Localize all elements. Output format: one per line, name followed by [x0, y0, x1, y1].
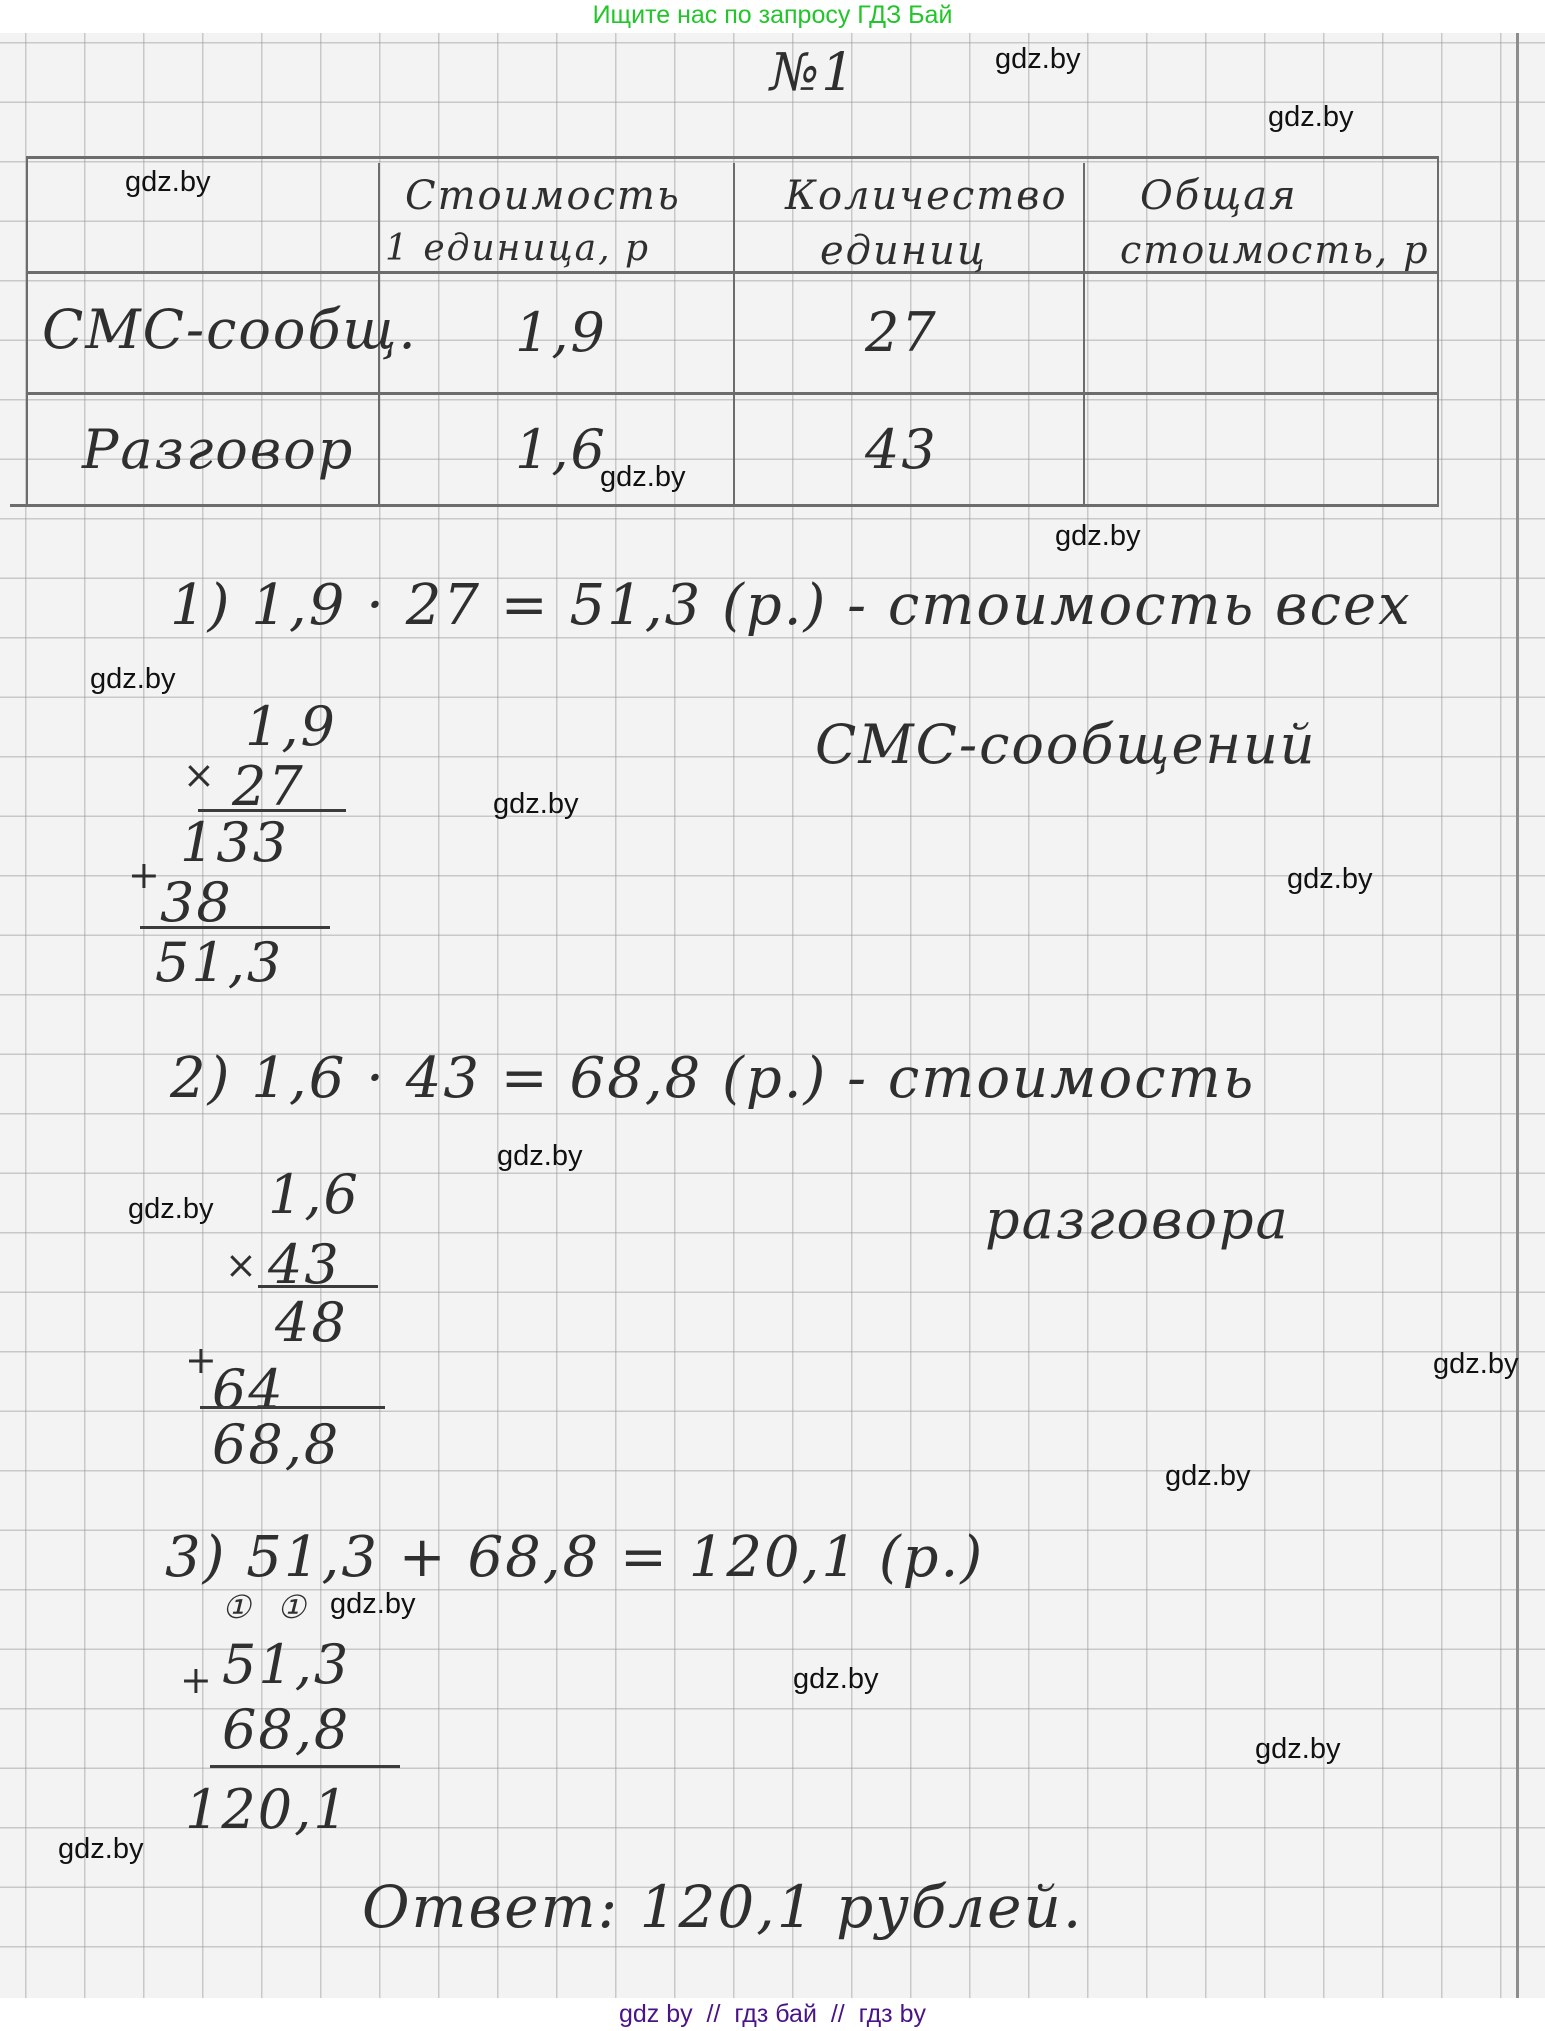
watermark: gdz.by: [1433, 1348, 1518, 1381]
watermark: gdz.by: [1287, 863, 1372, 896]
notebook-page: №1 Стоимость 1 единица, р Количество еди…: [0, 33, 1545, 1998]
watermark: gdz.by: [995, 43, 1080, 76]
watermark: gdz.by: [1165, 1460, 1250, 1493]
step-3-expression: 3) 51,3 + 68,8 = 120,1 (р.): [165, 1525, 984, 1590]
header-price-line1: Стоимость: [405, 173, 681, 219]
step-2-note: разговора: [985, 1188, 1290, 1251]
step-2-partial-2: 64: [212, 1358, 285, 1421]
watermark: gdz.by: [793, 1663, 878, 1696]
table-col-divider-2: [733, 163, 735, 507]
banner-text: Ищите нас по запросу ГДЗ Бай: [593, 1, 953, 29]
step-2-line-2: [200, 1406, 385, 1409]
step-1-note: СМС-сообщений: [815, 713, 1317, 776]
watermark: gdz.by: [1268, 101, 1353, 134]
search-banner: Ищите нас по запросу ГДЗ Бай: [0, 0, 1545, 33]
table-border-left: [26, 156, 28, 507]
table-border-right: [1437, 156, 1439, 507]
table-border-top: [26, 156, 1438, 159]
watermark: gdz.by: [125, 166, 210, 199]
watermark: gdz.by: [58, 1833, 143, 1866]
step-2-expression: 2) 1,6 · 43 = 68,8 (р.) - стоимость: [170, 1046, 1255, 1111]
task-title: №1: [770, 43, 856, 103]
row-sms-quantity: 27: [865, 301, 938, 364]
step-2-op: ×: [225, 1243, 259, 1287]
row-sms-name: СМС-сообщ.: [42, 298, 418, 361]
step-1-partial-1: 133: [180, 811, 289, 874]
step-3-top: 51,3: [222, 1633, 350, 1696]
step-2-partial-1: 48: [275, 1291, 348, 1354]
step-1-top: 1,9: [245, 695, 337, 758]
answer-text: Ответ: 120,1 рублей.: [362, 1873, 1083, 1941]
step-2-line-1: [258, 1285, 378, 1288]
step-1-result: 51,3: [155, 931, 283, 994]
watermark: gdz.by: [90, 663, 175, 696]
header-total-line1: Общая: [1140, 173, 1298, 219]
step-1-partial-2: 38: [160, 871, 233, 934]
step-1-line-2: [140, 926, 330, 929]
footer-banner: gdz by // гдз бай // гдз by: [0, 1998, 1545, 2031]
header-total-line2: стоимость, р: [1120, 228, 1430, 272]
watermark: gdz.by: [128, 1193, 213, 1226]
row-sms-price: 1,9: [515, 301, 607, 364]
table-col-divider-3: [1083, 163, 1085, 507]
table-border-bottom: [10, 504, 1438, 507]
table-border-row: [26, 392, 1438, 395]
step-1-expression: 1) 1,9 · 27 = 51,3 (р.) - стоимость всех: [170, 573, 1412, 638]
footer-text: gdz by // гдз бай // гдз by: [619, 2000, 926, 2028]
header-price-line2: 1 единица, р: [385, 228, 650, 269]
step-3-bottom: 68,8: [222, 1698, 350, 1761]
watermark: gdz.by: [497, 1140, 582, 1173]
step-1-partial-op: +: [128, 853, 162, 897]
margin-line: [1516, 33, 1519, 1998]
header-qty-line1: Количество: [785, 173, 1068, 219]
step-2-top: 1,6: [268, 1163, 360, 1226]
watermark: gdz.by: [1055, 520, 1140, 553]
step-3-carry-2: ①: [277, 1588, 306, 1626]
header-qty-line2: единиц: [820, 228, 987, 274]
watermark: gdz.by: [600, 461, 685, 494]
step-3-result: 120,1: [185, 1778, 350, 1841]
row-call-price: 1,6: [515, 418, 607, 481]
watermark: gdz.by: [493, 788, 578, 821]
row-call-name: Разговор: [82, 418, 354, 481]
step-2-result: 68,8: [212, 1413, 340, 1476]
step-3-op: +: [180, 1658, 214, 1702]
row-call-quantity: 43: [865, 418, 938, 481]
step-3-carry-1: ①: [222, 1588, 251, 1626]
step-3-line: [210, 1765, 400, 1768]
watermark: gdz.by: [1255, 1733, 1340, 1766]
watermark: gdz.by: [330, 1588, 415, 1621]
step-1-op: ×: [183, 753, 217, 797]
